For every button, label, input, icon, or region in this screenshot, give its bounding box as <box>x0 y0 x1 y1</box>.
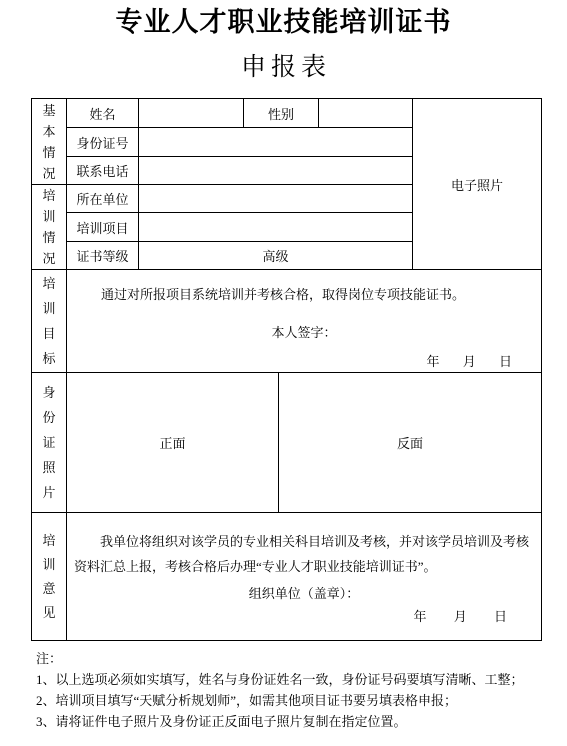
section-label-training-goal: 培 训 目 标 <box>31 269 67 373</box>
section-label-basic-info-text: 基 本 情 况 <box>42 100 55 184</box>
phone-label: 联系电话 <box>66 156 139 185</box>
section-label-training-opinion: 培 训 意 见 <box>31 512 67 641</box>
section-label-basic-info: 基 本 情 况 <box>31 98 67 185</box>
note-item-2: 2、培训项目填写“天赋分析规划师”，如需其他项目证书要另填表格申报； <box>36 690 556 711</box>
gender-label: 性别 <box>243 98 319 128</box>
training-project-value-cell[interactable] <box>138 212 413 242</box>
page-subtitle: 申报表 <box>0 53 567 83</box>
training-goal-text: 通过对所报项目系统培训并考核合格，取得岗位专项技能证书。 <box>67 286 541 303</box>
name-label: 姓名 <box>66 98 139 128</box>
section-label-training-info-text: 培 训 情 况 <box>42 185 55 269</box>
id-card-back-label: 反面 <box>397 433 423 452</box>
note-item-3: 3、请将证件电子照片及身份证正反面电子照片复制在指定位置。 <box>36 711 556 732</box>
notes-heading: 注： <box>36 648 556 669</box>
section-label-id-photo-text: 身 份 证 照 片 <box>42 380 55 505</box>
work-unit-value-cell[interactable] <box>138 184 413 213</box>
training-opinion-content-cell: 我单位将组织对该学员的专业相关科目培训及考核，并对该学员培训及考核资料汇总上报，… <box>66 512 542 641</box>
page-title: 专业人才职业技能培训证书 <box>0 7 567 37</box>
electronic-photo-placeholder: 电子照片 <box>451 175 503 194</box>
id-card-front-cell[interactable]: 正面 <box>66 372 279 513</box>
goal-date-line[interactable]: 年 月 日 <box>67 353 541 370</box>
section-label-training-opinion-text: 培 训 意 见 <box>42 529 55 625</box>
section-label-training-goal-text: 培 训 目 标 <box>42 271 55 371</box>
certificate-level-label: 证书等级 <box>66 241 139 270</box>
gender-value-cell[interactable] <box>318 98 413 128</box>
id-card-back-cell[interactable]: 反面 <box>278 372 542 513</box>
section-label-id-photo: 身 份 证 照 片 <box>31 372 67 513</box>
opinion-date-line[interactable]: 年 月 日 <box>67 608 541 625</box>
organization-stamp-label[interactable]: 组织单位（盖章）： <box>67 585 541 602</box>
id-card-front-label: 正面 <box>159 433 185 452</box>
id-number-label: 身份证号 <box>66 127 139 157</box>
electronic-photo-cell[interactable]: 电子照片 <box>412 98 542 270</box>
phone-value-cell[interactable] <box>138 156 413 185</box>
training-opinion-text: 我单位将组织对该学员的专业相关科目培训及考核，并对该学员培训及考核资料汇总上报，… <box>67 529 541 579</box>
id-number-value-cell[interactable] <box>138 127 413 157</box>
name-value-cell[interactable] <box>138 98 244 128</box>
note-item-1: 1、以上选项必须如实填写，姓名与身份证姓名一致，身份证号码要填写清晰、工整； <box>36 669 556 690</box>
section-label-training-info: 培 训 情 况 <box>31 184 67 270</box>
training-goal-content-cell: 通过对所报项目系统培训并考核合格，取得岗位专项技能证书。 本人签字： 年 月 日 <box>66 269 542 373</box>
training-project-label: 培训项目 <box>66 212 139 242</box>
work-unit-label: 所在单位 <box>66 184 139 213</box>
self-signature-label[interactable]: 本人签字： <box>67 324 541 341</box>
application-form-table: 基 本 情 况 姓名 性别 电子照片 身份证号 联系电话 培 训 情 况 所在单… <box>31 98 542 641</box>
application-form-page: 专业人才职业技能培训证书 申报表 基 本 情 况 姓名 性别 电子照片 身份证号… <box>0 0 567 746</box>
notes-block: 注： 1、以上选项必须如实填写，姓名与身份证姓名一致，身份证号码要填写清晰、工整… <box>36 648 556 732</box>
certificate-level-value: 高级 <box>138 241 413 270</box>
